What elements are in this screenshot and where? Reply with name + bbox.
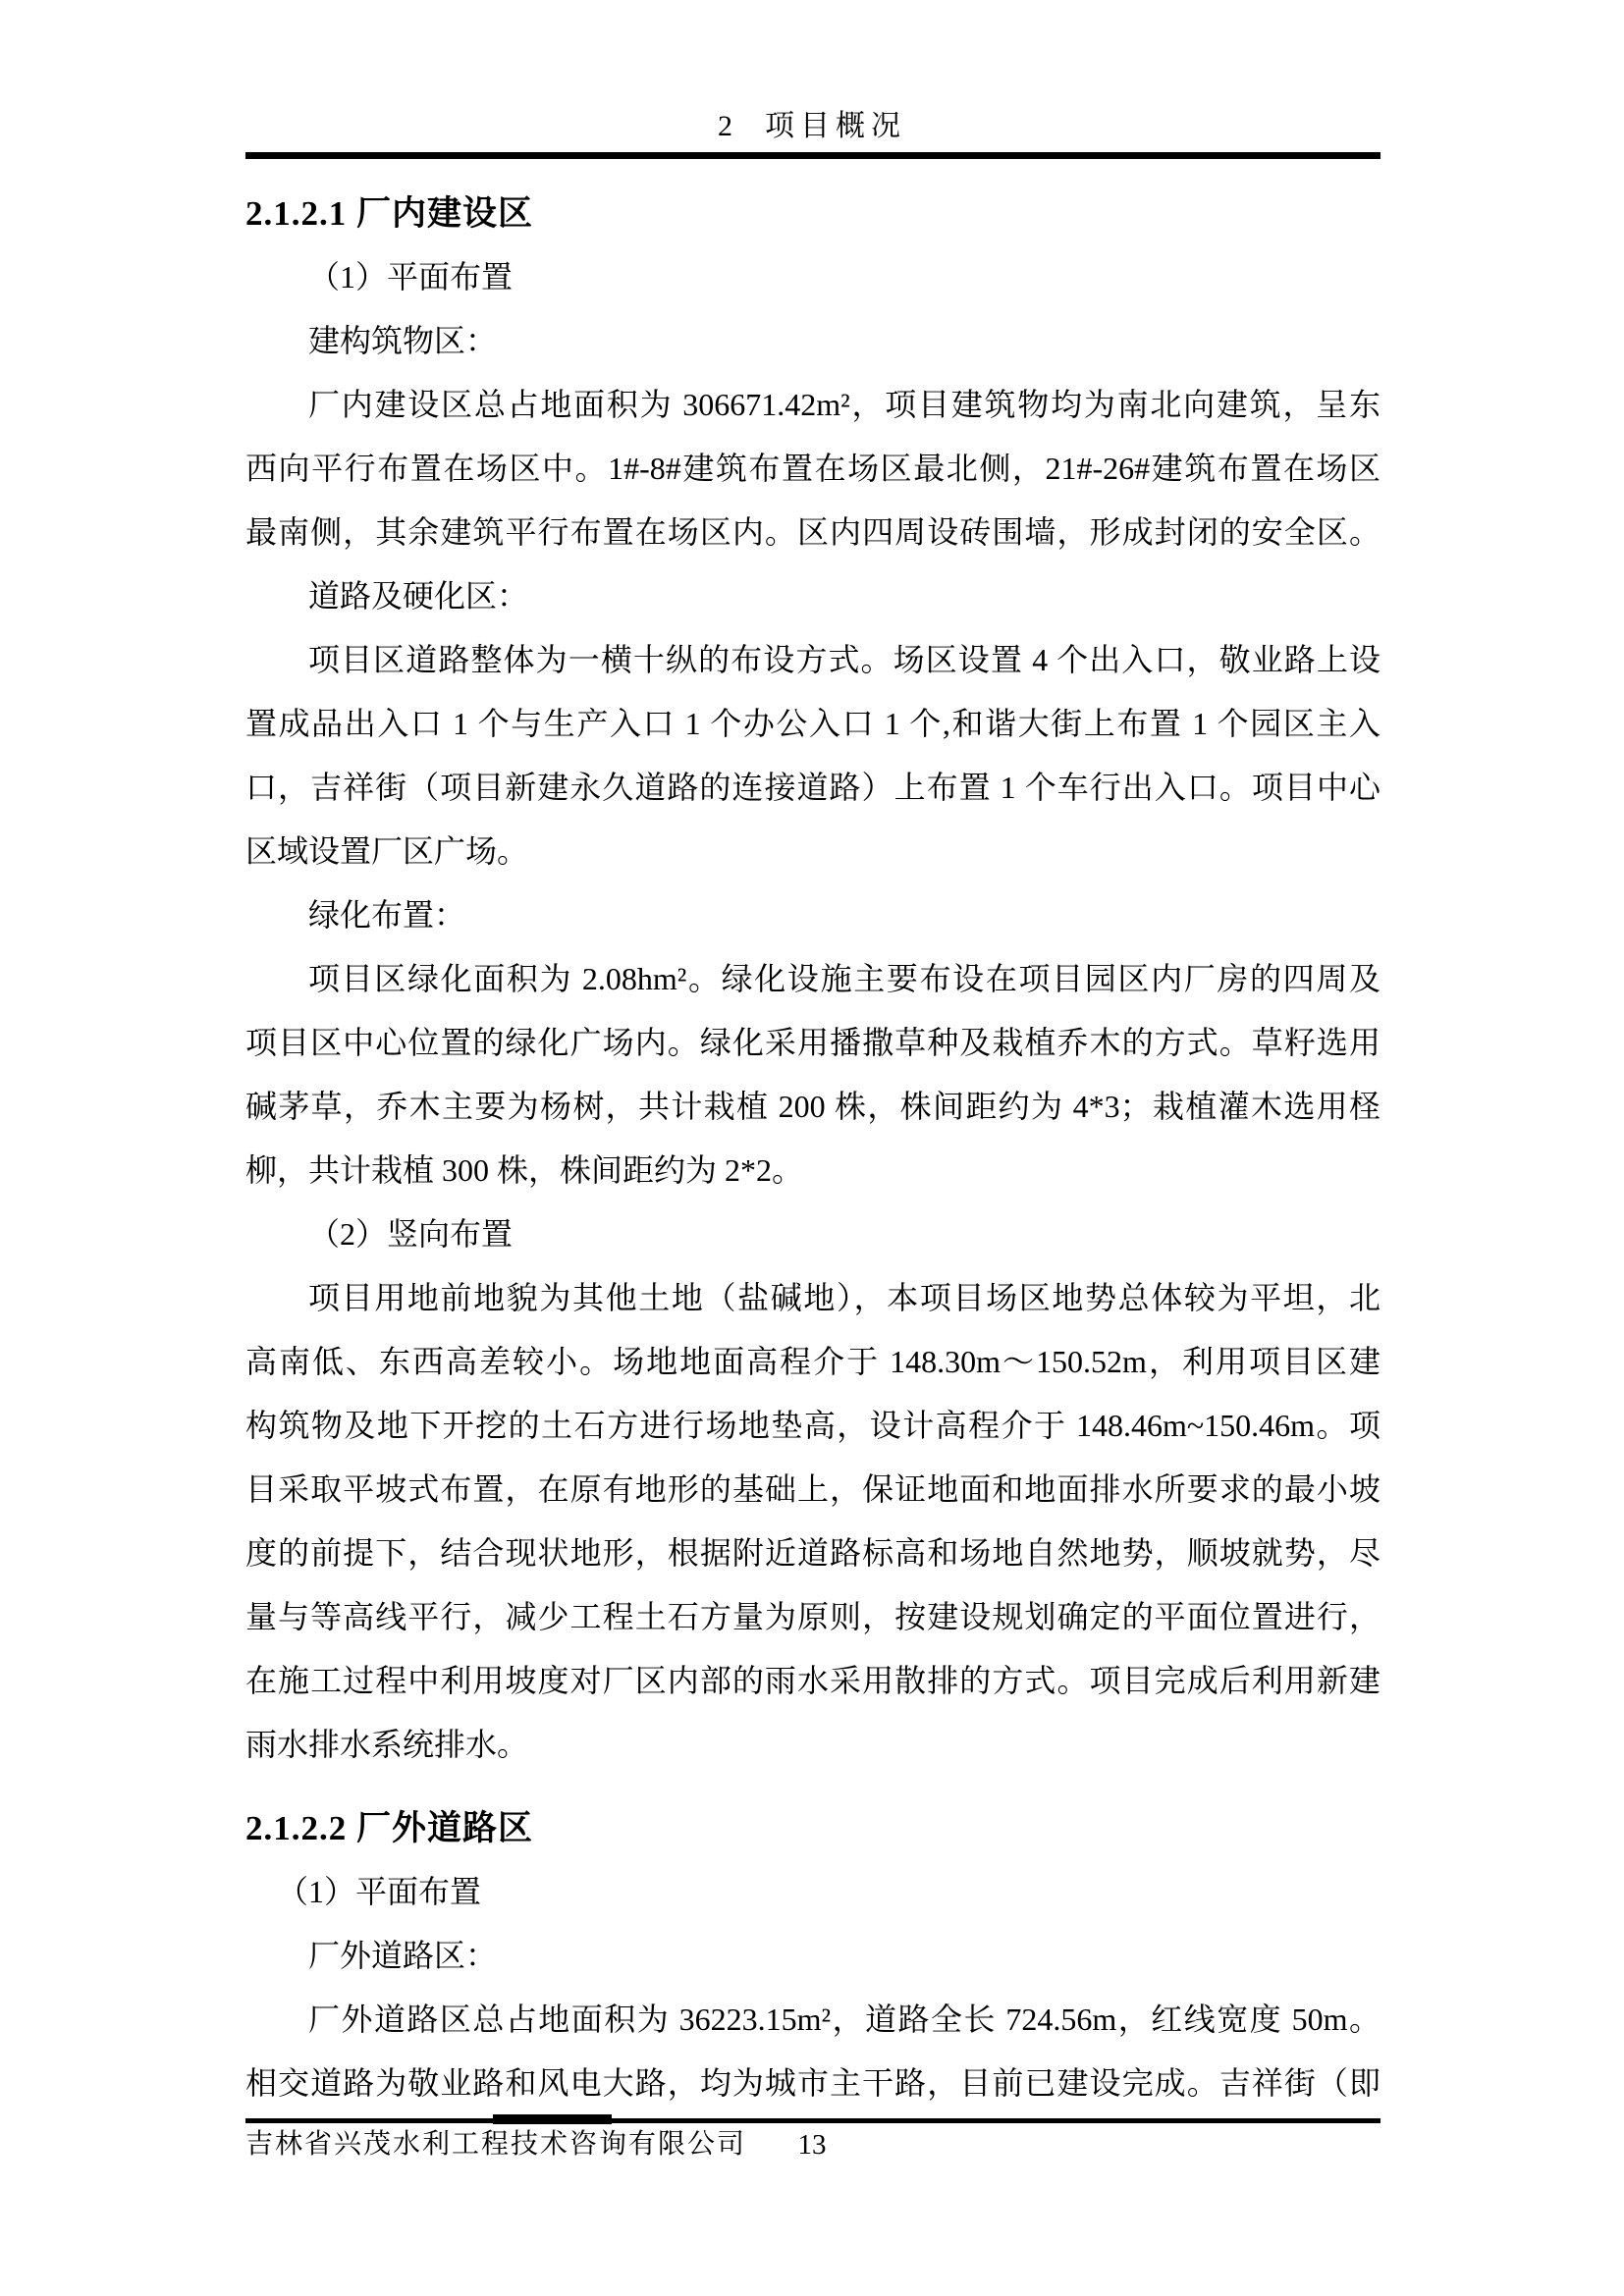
text-line: 口，吉祥街（项目新建永久道路的连接道路）上布置 1 个车行出入口。项目中心 — [245, 756, 1380, 820]
text-line: 量与等高线平行，减少工程土石方量为原则，按建设规划确定的平面位置进行， — [245, 1585, 1380, 1649]
text-line: 项目用地前地貌为其他土地（盐碱地），本项目场区地势总体较为平坦，北 — [245, 1266, 1380, 1330]
text-line: 高南低、东西高差较小。场地地面高程介于 148.30m～150.52m，利用项目… — [245, 1330, 1380, 1394]
document-page: 2 项目概况 2.1.2.1 厂内建设区 （1）平面布置 建构筑物区： 厂内建设… — [0, 0, 1624, 2296]
text-line: 厂外道路区： — [245, 1924, 1380, 1988]
text-line: 置成品出入口 1 个与生产入口 1 个办公入口 1 个,和谐大街上布置 1 个园… — [245, 692, 1380, 756]
text-line: 最南侧，其余建筑平行布置在场区内。区内四周设砖围墙，形成封闭的安全区。 — [245, 501, 1380, 564]
text-line: 道路及硬化区： — [245, 564, 1380, 628]
text-line: 项目区绿化面积为 2.08hm²。绿化设施主要布设在项目园区内厂房的四周及 — [245, 947, 1380, 1011]
page-number: 13 — [0, 2128, 1624, 2162]
text-line: 厂外道路区总占地面积为 36223.15m²，道路全长 724.56m，红线宽度… — [245, 1988, 1380, 2052]
text-line: 柳，共计栽植 300 株，株间距约为 2*2。 — [245, 1139, 1380, 1202]
text-line: 西向平行布置在场区中。1#-8#建筑布置在场区最北侧，21#-26#建筑布置在场… — [245, 437, 1380, 501]
section-heading-1: 2.1.2.1 厂内建设区 — [245, 182, 1380, 245]
text-line: （1）平面布置 — [245, 1860, 1380, 1924]
text-line: 项目区道路整体为一横十纵的布设方式。场区设置 4 个出入口，敬业路上设 — [245, 628, 1380, 692]
text-line: 雨水排水系统排水。 — [245, 1713, 1380, 1777]
text-line: 厂内建设区总占地面积为 306671.42m²，项目建筑物均为南北向建筑，呈东 — [245, 373, 1380, 437]
header-rule — [245, 152, 1380, 159]
section-heading-2: 2.1.2.2 厂外道路区 — [245, 1796, 1380, 1860]
text-line: 绿化布置： — [245, 883, 1380, 947]
text-line: （1）平面布置 — [245, 245, 1380, 309]
text-line: 项目区中心位置的绿化广场内。绿化采用播撒草种及栽植乔木的方式。草籽选用 — [245, 1011, 1380, 1075]
text-line: 建构筑物区： — [245, 309, 1380, 373]
text-line: 区域设置厂区广场。 — [245, 820, 1380, 883]
text-line: 在施工过程中利用坡度对厂区内部的雨水采用散排的方式。项目完成后利用新建 — [245, 1649, 1380, 1713]
text-line: 目采取平坡式布置，在原有地形的基础上，保证地面和地面排水所要求的最小坡 — [245, 1458, 1380, 1522]
footer-rule-thick-segment — [493, 2114, 612, 2124]
text-line: 相交道路为敬业路和风电大路，均为城市主干路，目前已建设完成。吉祥街（即 — [245, 2052, 1380, 2115]
footer-rule — [245, 2118, 1380, 2123]
text-line: 碱茅草，乔木主要为杨树，共计栽植 200 株，株间距约为 4*3；栽植灌木选用柽 — [245, 1075, 1380, 1139]
document-body: 2.1.2.1 厂内建设区 （1）平面布置 建构筑物区： 厂内建设区总占地面积为… — [245, 182, 1380, 2115]
text-line: 构筑物及地下开挖的土石方进行场地垫高，设计高程介于 148.46m~150.46… — [245, 1394, 1380, 1458]
text-line: （2）竖向布置 — [245, 1202, 1380, 1266]
running-header: 2 项目概况 — [0, 108, 1624, 145]
text-line: 度的前提下，结合现状地形，根据附近道路标高和场地自然地势，顺坡就势，尽 — [245, 1522, 1380, 1585]
